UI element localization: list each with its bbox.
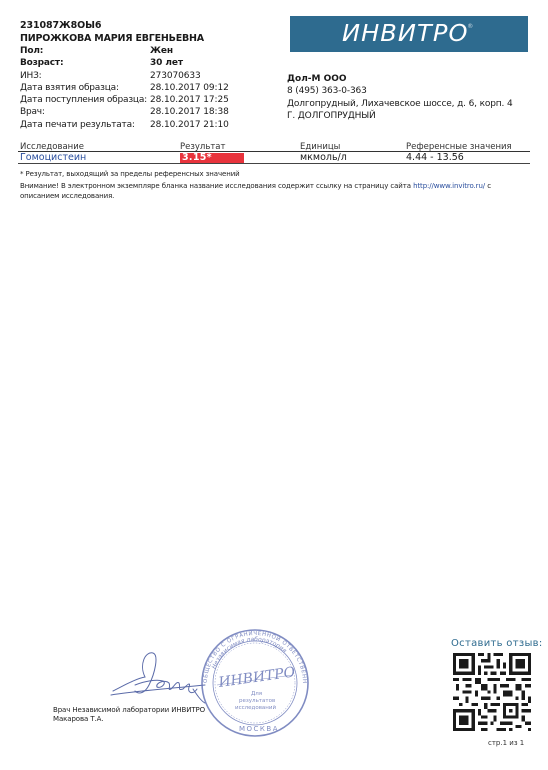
info-value: 30 лет <box>150 57 183 69</box>
page-number: стр.1 из 1 <box>488 739 524 747</box>
info-row-print-date: Дата печати результата: 28.10.2017 21:10 <box>20 119 229 131</box>
svg-text:ИНВИТРО: ИНВИТРО <box>217 664 297 691</box>
info-value: 28.10.2017 17:25 <box>150 94 229 106</box>
footnote: * Результат, выходящий за пределы рефере… <box>20 170 240 178</box>
info-label: Дата поступления образца: <box>20 94 150 106</box>
notice-text-before: Внимание! В электронном экземпляре бланк… <box>20 182 413 190</box>
units-cell: мкмоль/л <box>300 152 406 163</box>
results-table: Исследование Результат Единицы Референсн… <box>18 142 530 164</box>
info-label: Возраст: <box>20 57 150 69</box>
svg-text:исследований: исследований <box>235 704 276 711</box>
lab-name: Дол-М ООО <box>287 73 513 85</box>
lab-info: Дол-М ООО 8 (495) 363-0-363 Долгопрудный… <box>287 73 513 122</box>
doctor-title: Врач Независимой лаборатории ИНВИТРО <box>53 706 205 715</box>
info-row-sample-received: Дата поступления образца: 28.10.2017 17:… <box>20 94 229 106</box>
review-qr-code[interactable] <box>453 653 531 731</box>
results-header-row: Исследование Результат Единицы Референсн… <box>18 142 530 152</box>
column-header-reference: Референсные значения <box>406 142 530 151</box>
info-label: Врач: <box>20 106 150 118</box>
test-name-link[interactable]: Гомоцистеин <box>18 152 180 163</box>
result-cell: 3.15* <box>180 152 300 163</box>
registered-mark-icon: ® <box>467 23 473 30</box>
info-value: Жен <box>150 45 173 57</box>
info-value: 28.10.2017 21:10 <box>150 119 229 131</box>
column-header-result: Результат <box>180 142 300 151</box>
patient-info-table: Пол: Жен Возраст: 30 лет ИНЗ: 273070633 … <box>20 45 229 131</box>
patient-name: ПИРОЖКОВА МАРИЯ ЕВГЕНЬЕВНА <box>20 33 204 44</box>
info-label: Пол: <box>20 45 150 57</box>
svg-text:МОСКВА: МОСКВА <box>239 725 279 733</box>
info-row-sex: Пол: Жен <box>20 45 229 57</box>
invitro-website-link[interactable]: http://www.invitro.ru/ <box>413 182 485 190</box>
leave-review-label: Оставить отзыв: <box>451 638 543 649</box>
doctor-name: Макарова Т.А. <box>53 715 205 724</box>
info-label: Дата взятия образца: <box>20 82 150 94</box>
table-row: Гомоцистеин 3.15* мкмоль/л 4.44 - 13.56 <box>18 152 530 164</box>
lab-city: Г. ДОЛГОПРУДНЫЙ <box>287 110 513 122</box>
order-id: 231087Ж8ОЫ6 <box>20 20 101 31</box>
info-row-age: Возраст: 30 лет <box>20 57 229 69</box>
lab-address: Долгопрудный, Лихачевское шоссе, д. 6, к… <box>287 98 513 110</box>
doctor-caption: Врач Независимой лаборатории ИНВИТРО Мак… <box>53 706 205 724</box>
logo-text: ИНВИТРО <box>342 21 469 47</box>
info-value: 28.10.2017 09:12 <box>150 82 229 94</box>
info-row-sample-taken: Дата взятия образца: 28.10.2017 09:12 <box>20 82 229 94</box>
reference-cell: 4.44 - 13.56 <box>406 152 530 163</box>
info-row-doctor: Врач: 28.10.2017 18:38 <box>20 106 229 118</box>
out-of-range-result: 3.15* <box>180 153 244 163</box>
column-header-test: Исследование <box>18 142 180 151</box>
info-label: Дата печати результата: <box>20 119 150 131</box>
info-value: 273070633 <box>150 70 201 82</box>
stamp-icon: ОБЩЕСТВО С ОГРАНИЧЕННОЙ ОТВЕТСТВЕННОСТЬЮ… <box>199 627 311 739</box>
column-header-units: Единицы <box>300 142 406 151</box>
lab-phone: 8 (495) 363-0-363 <box>287 85 513 97</box>
info-value: 28.10.2017 18:38 <box>150 106 229 118</box>
info-row-inz: ИНЗ: 273070633 <box>20 70 229 82</box>
info-label: ИНЗ: <box>20 70 150 82</box>
invitro-logo: ИНВИТРО ® <box>290 16 528 52</box>
svg-text:результатов: результатов <box>239 698 275 704</box>
svg-text:Для: Для <box>251 691 262 697</box>
notice: Внимание! В электронном экземпляре бланк… <box>20 182 530 201</box>
